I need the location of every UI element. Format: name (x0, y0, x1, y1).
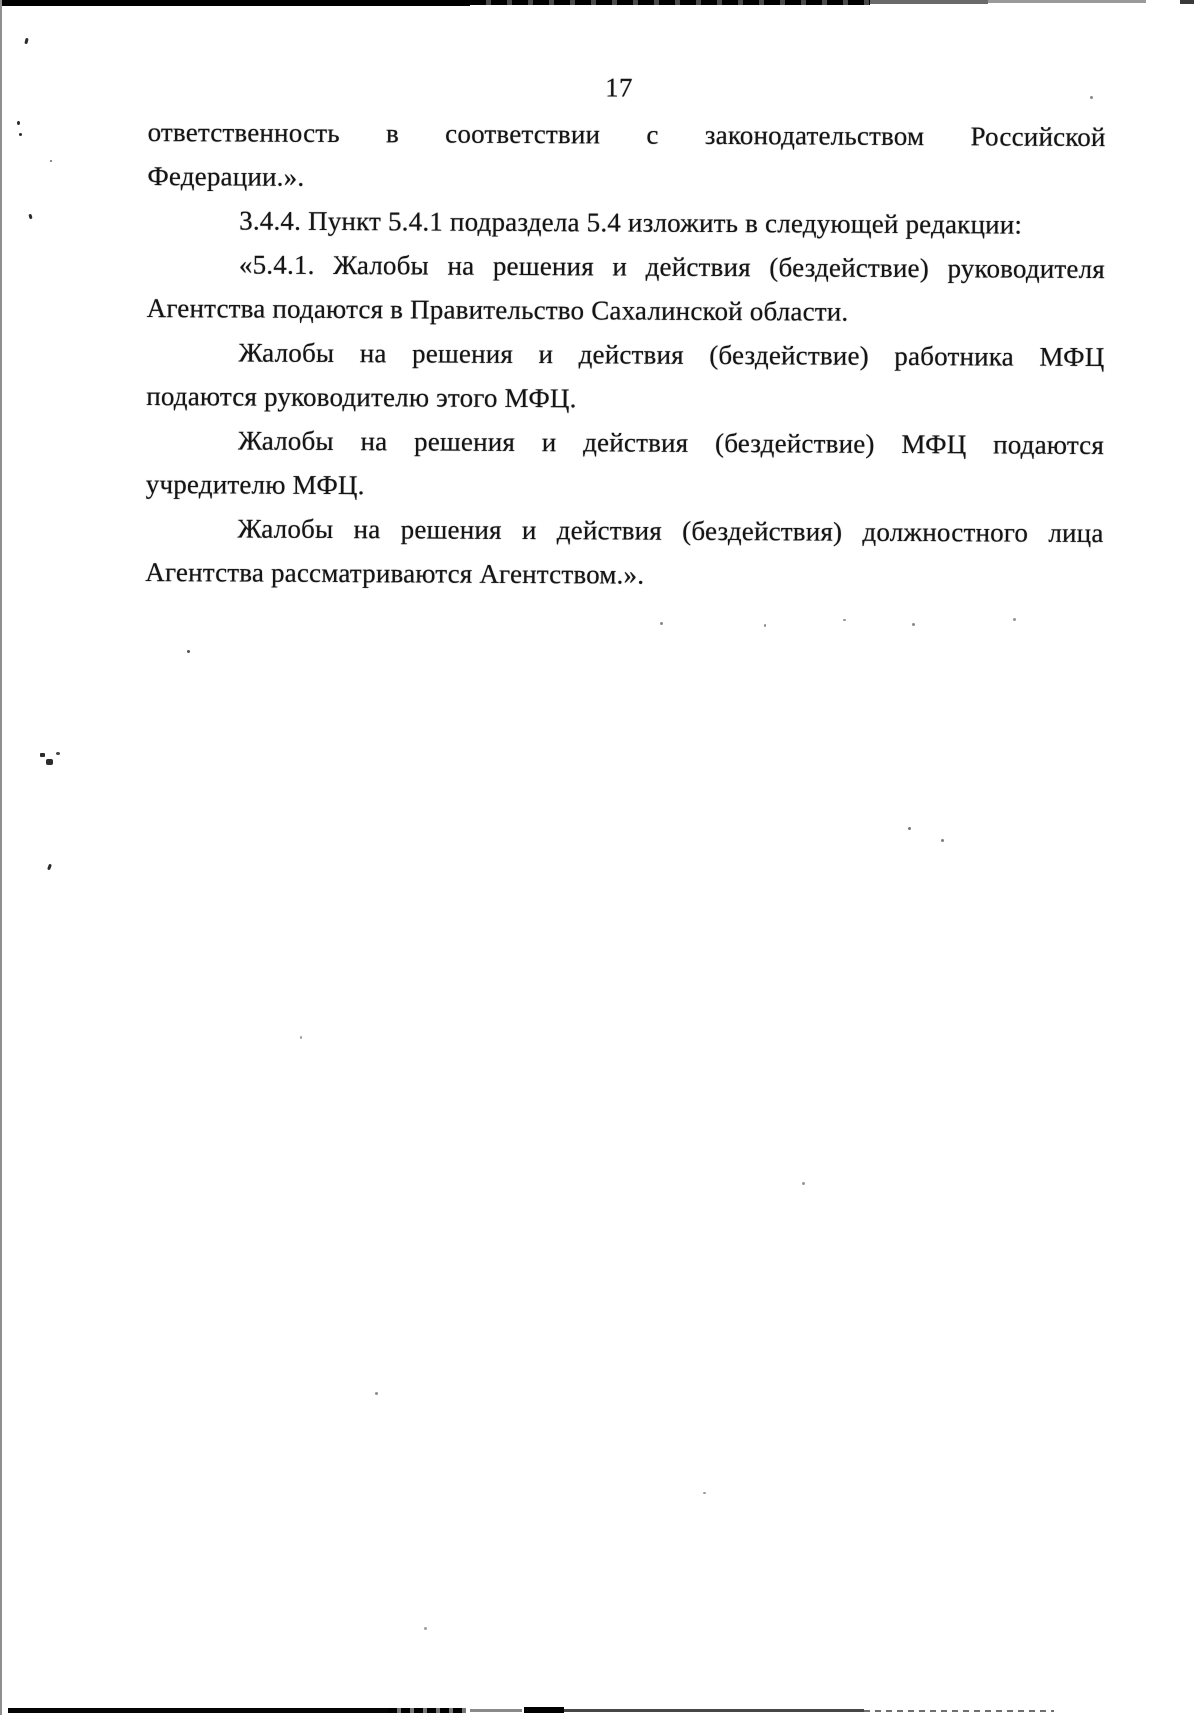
scan-top-edge-bar (988, 0, 1146, 3)
ink-speck (941, 839, 944, 842)
text-line: Жалобы на решения и действия (бездействи… (146, 418, 1104, 467)
paragraph-continuation: ответственность в соответствии с законод… (147, 110, 1105, 203)
ink-speck (912, 623, 915, 626)
text-line: подаются руководителю этого МФЦ. (146, 374, 1104, 423)
paragraph-3-4-4: 3.4.4. Пункт 5.4.1 подраздела 5.4 изложи… (147, 198, 1105, 247)
ink-speck (300, 1036, 302, 1039)
text-line: «5.4.1. Жалобы на решения и действия (бе… (147, 242, 1105, 291)
text-line: Федерации.». (147, 154, 1105, 203)
scan-top-edge-bar (870, 0, 988, 4)
ink-speck (1013, 618, 1016, 621)
scan-top-edge-bar (0, 0, 470, 6)
ink-speck (703, 1492, 706, 1494)
ink-speck (187, 650, 190, 653)
scan-bottom-edge-bar (564, 1709, 864, 1712)
paragraph-5-4-1: «5.4.1. Жалобы на решения и действия (бе… (147, 242, 1105, 335)
text-line: 3.4.4. Пункт 5.4.1 подраздела 5.4 изложи… (147, 198, 1105, 247)
paragraph-complaints-mfc: Жалобы на решения и действия (бездействи… (146, 418, 1104, 511)
ink-speck (17, 121, 20, 125)
ink-speck (764, 624, 766, 627)
ink-speck (40, 753, 45, 757)
text-line: Жалобы на решения и действия (бездействи… (145, 506, 1103, 555)
ink-speck (802, 1182, 805, 1185)
paragraph-complaints-official: Жалобы на решения и действия (бездействи… (145, 506, 1103, 599)
text-line: ответственность в соответствии с законод… (148, 110, 1106, 159)
ink-speck (908, 827, 911, 830)
scanned-document-page: 17 ответственность в соответствии с зако… (0, 0, 1200, 1715)
ink-speck (28, 214, 32, 220)
scan-bottom-edge-bar (470, 1709, 522, 1712)
text-line: Агентства подаются в Правительство Сахал… (147, 286, 1105, 335)
ink-speck (47, 864, 52, 871)
page-number: 17 (148, 63, 1106, 112)
scan-bottom-edge-bar (8, 1708, 388, 1713)
ink-speck (46, 759, 53, 765)
scan-top-edge-bar (1180, 0, 1194, 4)
scan-left-edge-line (0, 0, 2, 1715)
scan-bottom-edge-bar (388, 1708, 466, 1713)
ink-speck (424, 1627, 427, 1630)
text-line: Жалобы на решения и действия (бездействи… (146, 330, 1104, 379)
ink-speck (56, 752, 60, 755)
paragraph-complaints-employee: Жалобы на решения и действия (бездействи… (146, 330, 1104, 423)
ink-speck (19, 133, 22, 136)
ink-speck (843, 619, 846, 621)
ink-speck (50, 160, 52, 162)
text-line: учредителю МФЦ. (146, 462, 1104, 511)
text-line: Агентства рассматриваются Агентством.». (145, 550, 1103, 599)
scan-bottom-edge-bar (864, 1710, 1054, 1712)
ink-speck (660, 622, 663, 625)
document-content: 17 ответственность в соответствии с зако… (145, 63, 1106, 599)
ink-speck (375, 1392, 378, 1395)
scan-top-edge-bar (470, 0, 870, 5)
scan-bottom-edge-bar (524, 1707, 564, 1713)
ink-speck (24, 38, 28, 45)
